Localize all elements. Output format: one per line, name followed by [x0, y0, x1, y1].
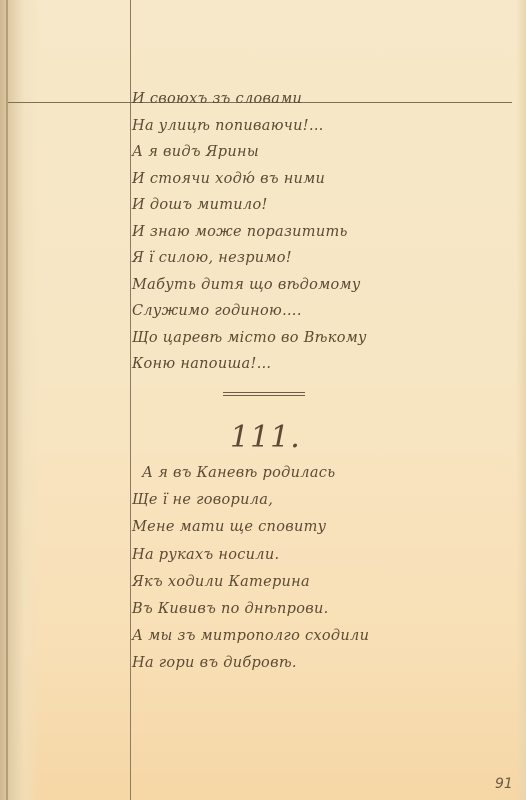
verse-line: На рукахъ носили.: [132, 542, 432, 569]
verse-line: На улицѣ попиваючи!…: [132, 113, 432, 140]
verse-line: Служимо годиною….: [132, 298, 432, 325]
verse-line: Коню напоиша!…: [132, 351, 432, 378]
stanza-2: А я въ Каневѣ родилась Ще ї не говорила,…: [132, 460, 432, 678]
left-margin-rule: [130, 0, 131, 800]
page-number: 91: [495, 776, 513, 792]
verse-line: Що царевѣ місто во Вѣкому: [132, 325, 432, 352]
verse-line: Я ї силою, незримо!: [132, 245, 432, 272]
divider-rule: [223, 392, 305, 393]
verse-line: А мы зъ митрополго сходили: [132, 623, 432, 650]
verse-line: И знаю може поразитить: [132, 219, 432, 246]
verse-line: И своюхъ зъ словами: [132, 86, 432, 113]
verse-line: На гори въ дибровѣ.: [132, 650, 432, 677]
verse-line: И дошъ митило!: [132, 192, 432, 219]
section-number: 111.: [230, 420, 301, 455]
verse-line: Якъ ходили Катерина: [132, 569, 432, 596]
verse-line: Мене мати ще сповиту: [132, 514, 432, 541]
section-divider: [223, 392, 305, 397]
binding-edge: [6, 0, 8, 800]
verse-line: И стоячи ходю́ въ ними: [132, 166, 432, 193]
verse-line: А я въ Каневѣ родилась: [132, 460, 432, 487]
stanza-1: И своюхъ зъ словами На улицѣ попиваючи!……: [132, 86, 432, 378]
manuscript-page: И своюхъ зъ словами На улицѣ попиваючи!……: [0, 0, 526, 800]
verse-line: Мабуть дитя що вѣдомому: [132, 272, 432, 299]
divider-rule: [223, 395, 305, 396]
verse-line: А я видъ Ярины: [132, 139, 432, 166]
verse-line: Въ Кививъ по днѣпрови.: [132, 596, 432, 623]
verse-line: Ще ї не говорила,: [132, 487, 432, 514]
